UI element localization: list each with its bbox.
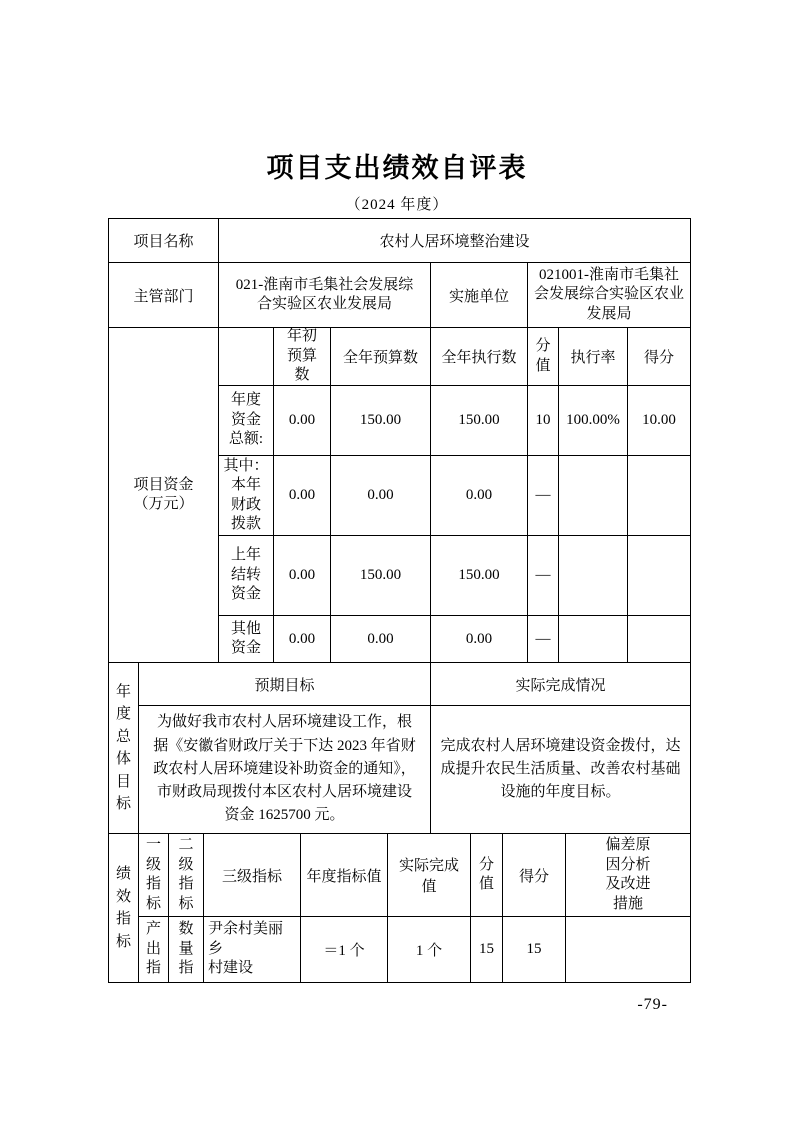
funding-cell-annual-budget: 0.00	[331, 456, 431, 536]
funding-cell-score-value: 10	[528, 386, 559, 456]
department-value: 021-淮南市毛集社会发展综 合实验区农业发展局	[219, 263, 431, 328]
funding-cell-execution-rate	[559, 456, 628, 536]
funding-row-carryover: 上年 结转 资金 0.00 150.00 150.00 —	[219, 536, 691, 616]
funding-cell-annual-execution: 0.00	[431, 456, 528, 536]
funding-header-annual-execution: 全年执行数	[431, 328, 528, 386]
indicator-level2-value: 数 量 指	[169, 917, 204, 983]
funding-cell-score	[628, 456, 691, 536]
indicators-header-actual-value: 实际完成值	[388, 834, 471, 917]
funding-cell-execution-rate	[559, 536, 628, 616]
project-name-label: 项目名称	[109, 219, 219, 263]
indicators-header-level3: 三级指标	[204, 834, 301, 917]
indicator-level1-value: 产 出 指	[139, 917, 169, 983]
funding-header-blank	[219, 328, 274, 386]
funding-cell-score	[628, 536, 691, 616]
funding-header-score-value: 分 值	[528, 328, 559, 386]
indicators-header-level1: 一 级 指 标	[139, 834, 169, 917]
funding-row-label: 其他 资金	[219, 616, 274, 663]
page-subtitle: （2024 年度）	[0, 193, 794, 214]
funding-cell-score-value: —	[528, 456, 559, 536]
annual-goals-subtable: 预期目标 实际完成情况 为做好我市农村人居环境建设工作，根 据《安徽省财政厅关于…	[139, 663, 691, 834]
table-row: 项目名称 农村人居环境整治建设	[109, 219, 691, 263]
funding-cell-execution-rate: 100.00%	[559, 386, 628, 456]
indicators-header-deviation: 偏差原 因分析 及改进 措施	[566, 834, 691, 917]
funding-header-initial-budget: 年初 预算 数	[274, 328, 331, 386]
indicator-actual-value: 1 个	[388, 917, 471, 983]
indicators-section-label: 绩 效 指 标	[109, 834, 139, 983]
funding-cell-initial-budget: 0.00	[274, 616, 331, 663]
indicator-level3-value: 尹余村美丽乡 村建设	[204, 917, 301, 983]
funding-row-label: 上年 结转 资金	[219, 536, 274, 616]
indicator-annual-target-value: ＝1 个	[301, 917, 388, 983]
funding-section-label: 项目资金 （万元）	[109, 328, 219, 663]
funding-header-row: 年初 预算 数 全年预算数 全年执行数 分 值 执行率 得分	[219, 328, 691, 386]
indicators-section: 绩 效 指 标 一 级 指 标 二 级 指 标 三级指标 年度指标值 实际完成值…	[109, 834, 691, 983]
indicators-header-score: 得分	[503, 834, 566, 917]
indicators-header-row: 一 级 指 标 二 级 指 标 三级指标 年度指标值 实际完成值 分 值 得分 …	[139, 834, 691, 917]
indicators-header-score-value: 分 值	[471, 834, 503, 917]
indicator-score-value: 15	[471, 917, 503, 983]
indicators-header-annual-target: 年度指标值	[301, 834, 388, 917]
annual-goals-content-row: 为做好我市农村人居环境建设工作，根 据《安徽省财政厅关于下达 2023 年省财 …	[139, 706, 691, 834]
indicator-deviation	[566, 917, 691, 983]
funding-cell-score	[628, 616, 691, 663]
funding-header-annual-budget: 全年预算数	[331, 328, 431, 386]
funding-header-execution-rate: 执行率	[559, 328, 628, 386]
expected-goal-text: 为做好我市农村人居环境建设工作，根 据《安徽省财政厅关于下达 2023 年省财 …	[139, 706, 431, 834]
funding-cell-initial-budget: 0.00	[274, 456, 331, 536]
unit-label: 实施单位	[431, 263, 528, 328]
indicators-header-level2: 二 级 指 标	[169, 834, 204, 917]
funding-cell-annual-budget: 0.00	[331, 616, 431, 663]
funding-cell-initial-budget: 0.00	[274, 536, 331, 616]
funding-section: 项目资金 （万元） 年初 预算 数 全年预算数 全年执行数 分 值 执行率 得分…	[109, 328, 691, 663]
funding-cell-annual-execution: 150.00	[431, 386, 528, 456]
funding-cell-annual-execution: 0.00	[431, 616, 528, 663]
funding-cell-annual-budget: 150.00	[331, 386, 431, 456]
unit-value: 021001-淮南市毛集社 会发展综合实验区农业 发展局	[528, 263, 691, 328]
funding-header-score: 得分	[628, 328, 691, 386]
funding-row-total: 年度 资金 总额: 0.00 150.00 150.00 10 100.00% …	[219, 386, 691, 456]
page-number: -79-	[108, 996, 690, 1014]
document-page: 项目支出绩效自评表 （2024 年度） 项目名称 农村人居环境整治建设 主管部门…	[0, 0, 794, 1122]
funding-cell-execution-rate	[559, 616, 628, 663]
evaluation-table: 项目名称 农村人居环境整治建设 主管部门 021-淮南市毛集社会发展综 合实验区…	[108, 218, 691, 983]
annual-goals-header-row: 预期目标 实际完成情况	[139, 663, 691, 706]
table-row: 主管部门 021-淮南市毛集社会发展综 合实验区农业发展局 实施单位 02100…	[109, 263, 691, 328]
indicator-score: 15	[503, 917, 566, 983]
funding-row-label: 年度 资金 总额:	[219, 386, 274, 456]
funding-cell-initial-budget: 0.00	[274, 386, 331, 456]
funding-row-label: 其中： 本年 财政 拨款	[219, 456, 274, 536]
indicators-data-row: 产 出 指 数 量 指 尹余村美丽乡 村建设 ＝1 个 1 个 15 15	[139, 917, 691, 983]
annual-goals-section: 年 度 总 体 目 标 预期目标 实际完成情况 为做好我市农村人居环境建设工作，…	[109, 663, 691, 834]
funding-cell-annual-budget: 150.00	[331, 536, 431, 616]
funding-cell-annual-execution: 150.00	[431, 536, 528, 616]
actual-completion-text: 完成农村人居环境建设资金拨付，达 成提升农民生活质量、改善农村基础 设施的年度目…	[431, 706, 691, 834]
actual-completion-header: 实际完成情况	[431, 663, 691, 706]
department-label: 主管部门	[109, 263, 219, 328]
indicators-subtable: 一 级 指 标 二 级 指 标 三级指标 年度指标值 实际完成值 分 值 得分 …	[139, 834, 691, 983]
page-title: 项目支出绩效自评表	[0, 146, 794, 185]
expected-goal-header: 预期目标	[139, 663, 431, 706]
funding-cell-score-value: —	[528, 616, 559, 663]
funding-subtable: 年初 预算 数 全年预算数 全年执行数 分 值 执行率 得分 年度 资金 总额:…	[219, 328, 691, 663]
funding-row-other: 其他 资金 0.00 0.00 0.00 —	[219, 616, 691, 663]
project-name-value: 农村人居环境整治建设	[219, 219, 691, 263]
funding-row-current-year-appropriation: 其中： 本年 财政 拨款 0.00 0.00 0.00 —	[219, 456, 691, 536]
funding-cell-score-value: —	[528, 536, 559, 616]
funding-cell-score: 10.00	[628, 386, 691, 456]
annual-goals-section-label: 年 度 总 体 目 标	[109, 663, 139, 834]
